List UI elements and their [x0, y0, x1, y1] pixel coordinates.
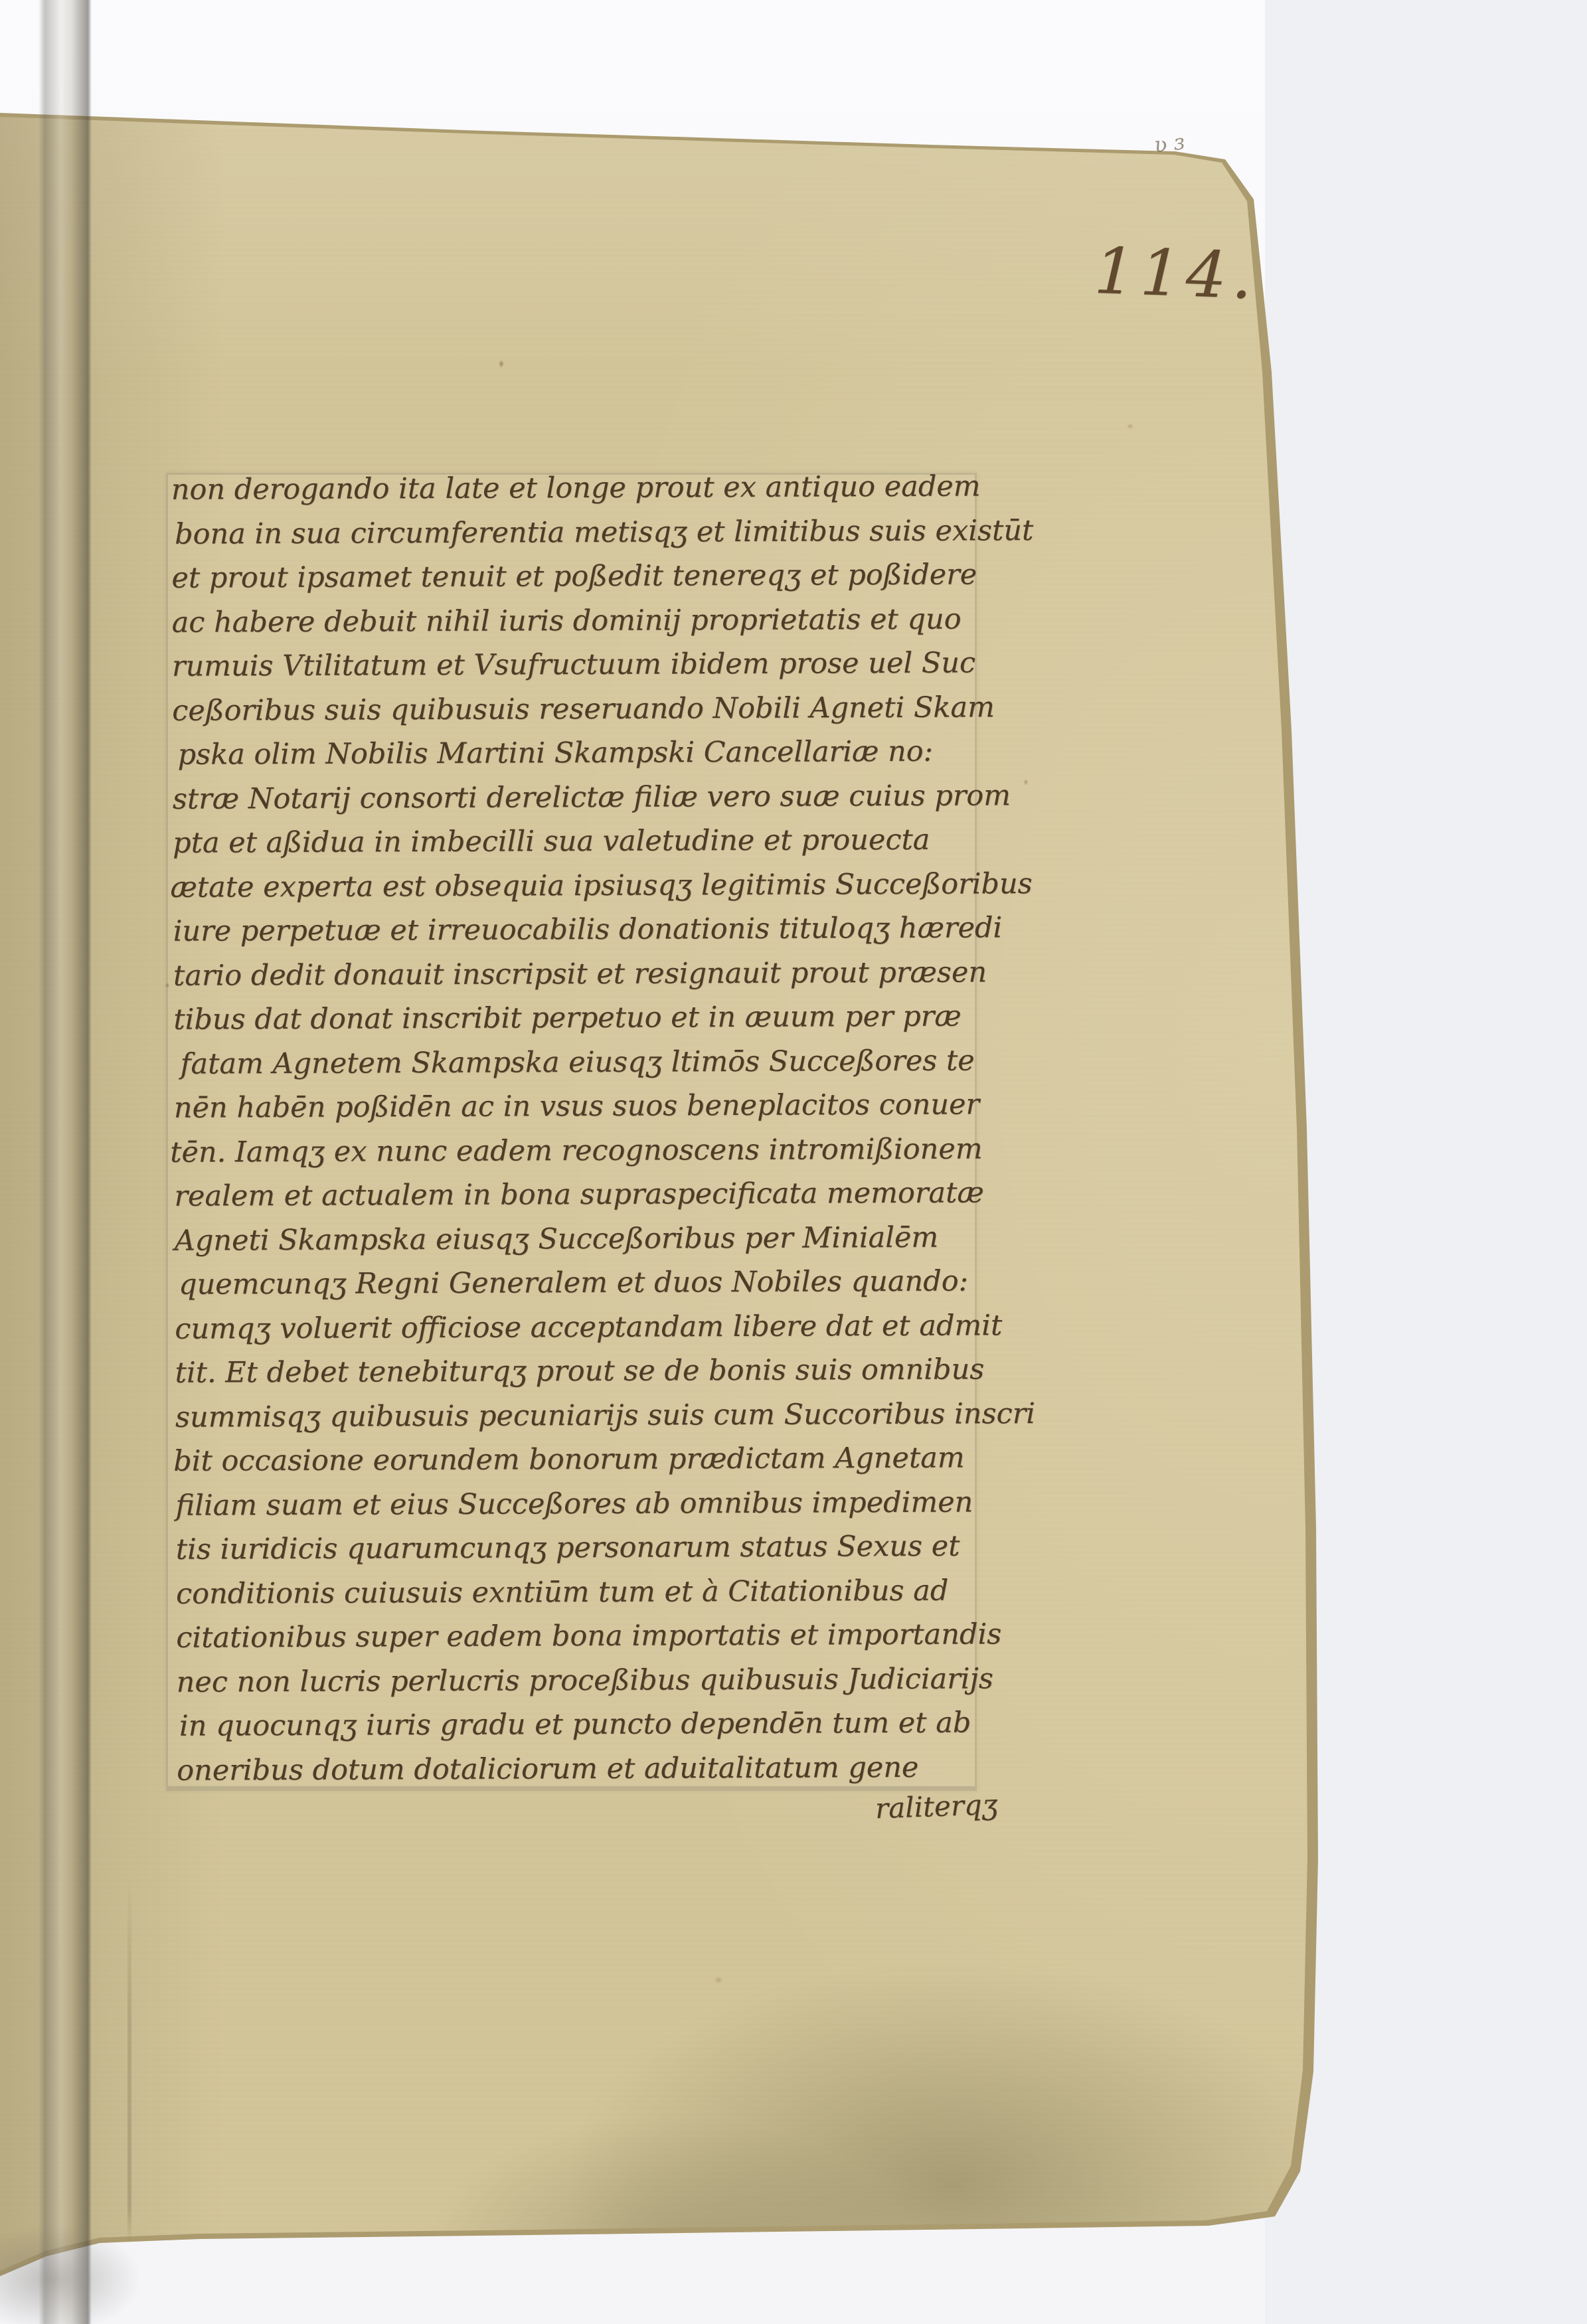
- text-line: tis iuridicis quarumcunqʒ personarum sta…: [176, 1524, 1006, 1572]
- paper-crease: [127, 1872, 131, 2244]
- text-line: filiam suam et eius Succeßores ab omnibu…: [175, 1480, 1005, 1528]
- text-line: summisqʒ quibusuis pecuniarijs suis cum …: [175, 1392, 1005, 1440]
- text-line: stræ Notarij consorti derelictæ filiæ ve…: [173, 774, 1003, 821]
- text-line: pska olim Nobilis Martini Skampski Cance…: [177, 729, 1002, 777]
- text-line: cumqʒ voluerit officiose acceptandam lib…: [175, 1303, 1005, 1351]
- text-line: Agneti Skampska eiusqʒ Succeßoribus per …: [175, 1215, 1005, 1263]
- text-line: tit. Et debet tenebiturqʒ prout se de bo…: [175, 1347, 1005, 1395]
- text-line: ceßoribus suis quibusuis reseruando Nobi…: [172, 685, 1002, 733]
- text-line: non derogando ita late et longe prout ex…: [171, 464, 1001, 512]
- text-line: citationibus super eadem bona importatis…: [176, 1612, 1006, 1660]
- manuscript-scan: 114. ʋɜ non derogando ita late et longe …: [0, 0, 1587, 2324]
- manuscript-text-block: non derogando ita late et longe prout ex…: [171, 464, 1007, 1792]
- text-line: ac habere debuit nihil iuris dominij pro…: [172, 597, 1002, 645]
- ink-smudge: ʋɜ: [1153, 128, 1193, 158]
- text-line: iure perpetuæ et irreuocabilis donationi…: [173, 906, 1003, 954]
- text-line: ætate experta est obsequia ipsiusqʒ legi…: [170, 862, 1003, 910]
- text-line: nēn habēn poßidēn ac in vsus suos benepl…: [174, 1082, 1004, 1130]
- page-number: 114.: [1093, 234, 1259, 314]
- text-line: oneribus dotum dotaliciorum et aduitalit…: [177, 1745, 1007, 1793]
- text-line: conditionis cuiusuis exntiūm tum et à Ci…: [176, 1568, 1006, 1616]
- text-line: quemcunqʒ Regni Generalem et duos Nobile…: [179, 1259, 1005, 1307]
- text-line: bona in sua circumferentia metisqʒ et li…: [175, 509, 1001, 556]
- text-line: tēn. Iamqʒ ex nunc eadem recognoscens in…: [170, 1127, 1004, 1175]
- text-line: rumuis Vtilitatum et Vsufructuum ibidem …: [172, 641, 1002, 689]
- text-line: tibus dat donat inscribit perpetuo et in…: [173, 994, 1003, 1042]
- text-line: bit occasione eorundem bonorum prædictam…: [173, 1436, 1005, 1483]
- text-line: pta et aßidua in imbecilli sua valetudin…: [173, 817, 1003, 865]
- text-line: realem et actualem in bona supraspecific…: [174, 1171, 1004, 1218]
- text-line: in quocunqʒ iuris gradu et puncto depend…: [179, 1701, 1007, 1748]
- gutter-bottom-shadow: [0, 2211, 173, 2324]
- text-line: et prout ipsamet tenuit et poßedit tener…: [171, 552, 1001, 600]
- text-line: fatam Agnetem Skampska eiusqʒ ltimōs Suc…: [180, 1038, 1003, 1086]
- catchword: raliterqʒ: [875, 1788, 998, 1825]
- text-line: nec non lucris perlucris proceßibus quib…: [176, 1657, 1006, 1704]
- gutter-holding-strip: [39, 0, 92, 2324]
- text-line: tario dedit donauit inscripsit et resign…: [173, 950, 1003, 998]
